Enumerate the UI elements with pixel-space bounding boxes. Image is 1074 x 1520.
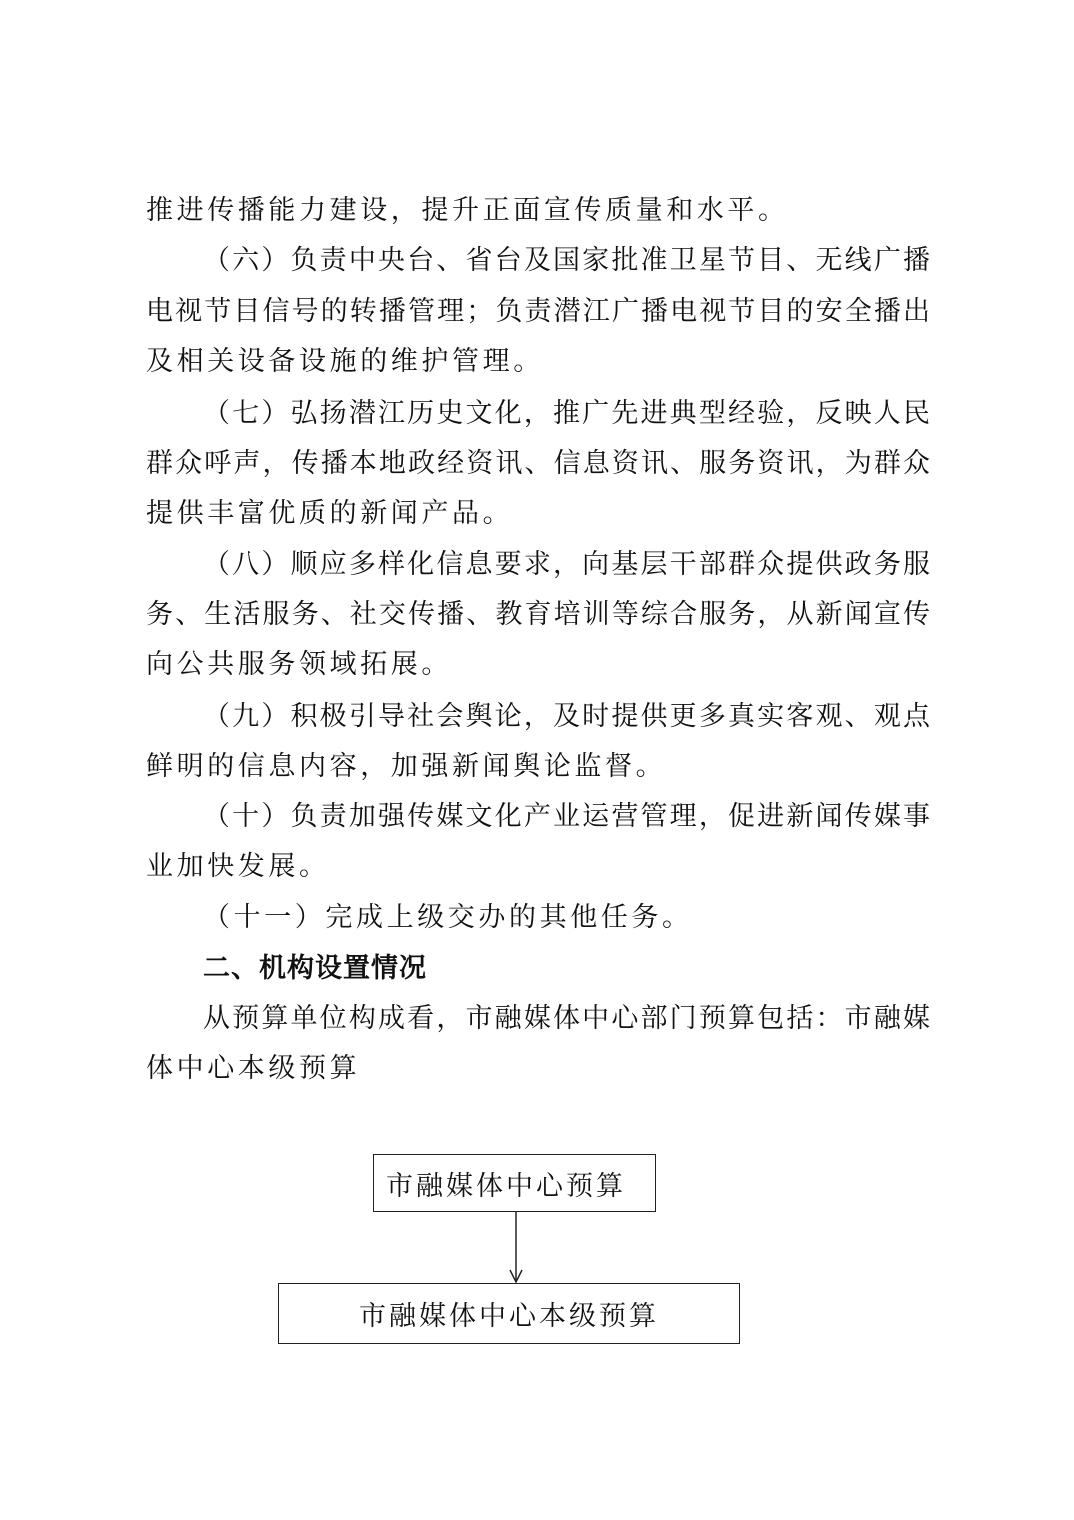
org-chart-child-box: 市融媒体中心本级预算	[278, 1283, 740, 1344]
org-chart-parent-label: 市融媒体中心预算	[386, 1164, 626, 1203]
text-line: 电视节目信号的转播管理；负责潜江广播电视节目的安全播出	[146, 297, 930, 327]
text-line: 及相关设备设施的维护管理。	[146, 347, 544, 377]
text-line: 体中心本级预算	[146, 1054, 360, 1084]
text-line: 向公共服务领域拓展。	[146, 650, 452, 680]
org-chart-parent-box: 市融媒体中心预算	[373, 1154, 656, 1212]
text-line: 推进传播能力建设，提升正面宣传质量和水平。	[146, 196, 789, 226]
text-line: （十一）完成上级交办的其他任务。	[203, 903, 693, 933]
text-line: （九）积极引导社会舆论，及时提供更多真实客观、观点	[203, 702, 930, 732]
text-line: 从预算单位构成看，市融媒体中心部门预算包括：市融媒	[203, 1004, 930, 1034]
text-line: 务、生活服务、社交传播、教育培训等综合服务，从新闻宣传	[146, 600, 930, 630]
section-heading: 二、机构设置情况	[203, 954, 427, 984]
document-page: 推进传播能力建设，提升正面宣传质量和水平。 （六）负责中央台、省台及国家批准卫星…	[0, 0, 1074, 1520]
text-line: （六）负责中央台、省台及国家批准卫星节目、无线广播	[203, 246, 930, 276]
text-line: （八）顺应多样化信息要求，向基层干部群众提供政务服	[203, 550, 930, 580]
text-line: （十）负责加强传媒文化产业运营管理，促进新闻传媒事	[203, 802, 930, 832]
text-line: 群众呼声，传播本地政经资讯、信息资讯、服务资讯，为群众	[146, 449, 930, 479]
arrow-down-icon	[506, 1211, 526, 1284]
text-line: （七）弘扬潜江历史文化，推广先进典型经验，反映人民	[203, 399, 930, 429]
org-chart-child-label: 市融媒体中心本级预算	[359, 1294, 659, 1333]
text-line: 鲜明的信息内容，加强新闻舆论监督。	[146, 752, 666, 782]
text-line: 业加快发展。	[146, 852, 330, 882]
text-line: 提供丰富优质的新闻产品。	[146, 499, 513, 529]
